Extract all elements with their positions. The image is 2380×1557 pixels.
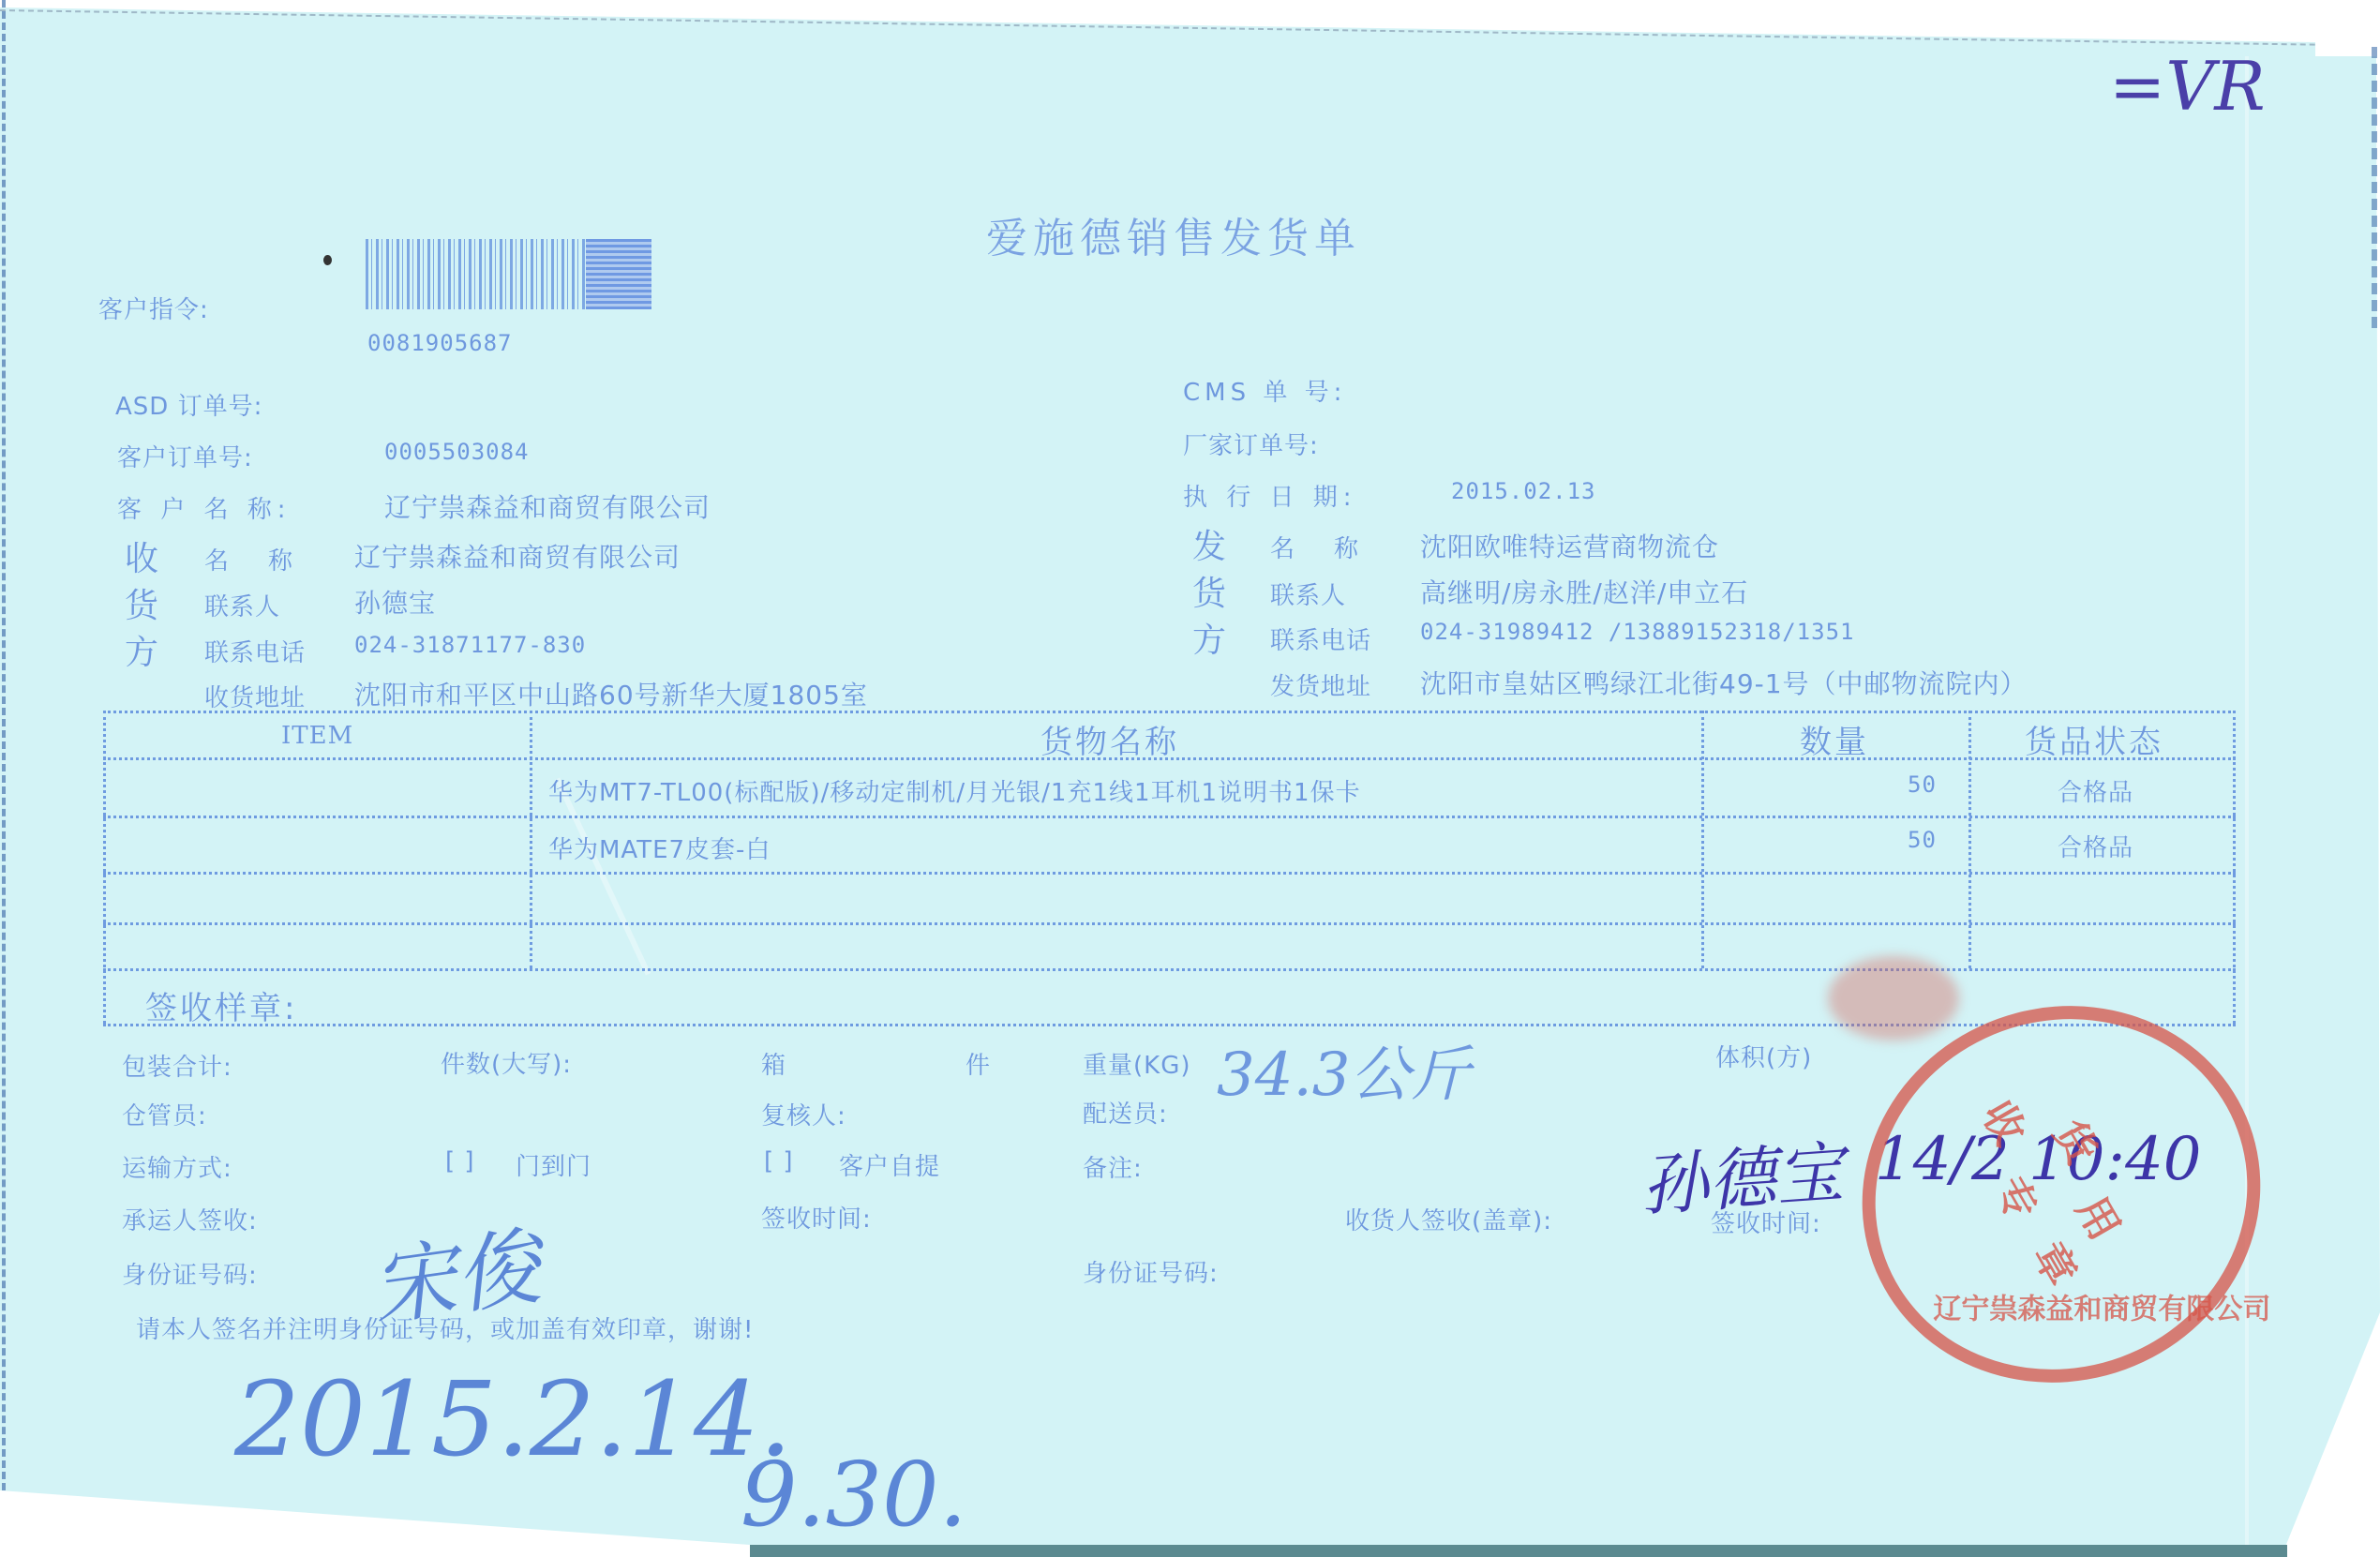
column-header-quantity: 数量: [1800, 716, 1869, 762]
receiver-contact-value: 孙德宝: [354, 583, 436, 621]
right-perforation: [2372, 47, 2377, 328]
factory-order-label: 厂家订单号:: [1183, 427, 1319, 461]
handwritten-date: 2015.2.14.: [234, 1359, 792, 1479]
ink-dot: [323, 255, 332, 265]
table-row-divider: [103, 872, 2236, 875]
table-col-divider: [530, 711, 532, 968]
package-total-label: 包装合计:: [122, 1048, 232, 1083]
row-status: 合格品: [2058, 773, 2133, 808]
row-status: 合格品: [2058, 829, 2133, 863]
column-header-item: ITEM: [281, 722, 353, 750]
handwritten-corner-note: =VR: [2109, 47, 2266, 126]
customer-order-label: 客户订单号:: [117, 439, 253, 473]
stamp-center-char: 收: [1970, 1088, 2043, 1154]
row-quantity: 50: [1908, 771, 1937, 798]
receiver-name-value: 辽宁祟森益和商贸有限公司: [354, 537, 681, 575]
stamp-center-char: 货: [2043, 1107, 2115, 1173]
receiver-side-char-2: 货: [125, 579, 159, 627]
row-goods-name: 华为MATE7皮套-白: [548, 831, 771, 865]
exec-date-label: 执 行 日 期:: [1183, 478, 1357, 513]
self-pickup-checkbox[interactable]: [ ]: [764, 1147, 794, 1175]
piece-label: 件: [965, 1046, 991, 1081]
barcode: [366, 239, 651, 309]
handwritten-time: 9.30.: [741, 1444, 967, 1547]
receiver-address-label: 收货地址: [204, 679, 306, 713]
row-quantity: 50: [1908, 827, 1937, 853]
asd-order-label: ASD 订单号:: [115, 387, 262, 422]
stamp-smudge: [1828, 956, 1959, 1040]
receiver-side-char-3: 方: [125, 626, 159, 674]
door-to-door-checkbox[interactable]: [ ]: [445, 1147, 475, 1175]
id-number-label-left: 身份证号码:: [122, 1256, 258, 1291]
sender-phone-label: 联系电话: [1270, 621, 1371, 656]
sender-side-char-2: 货: [1192, 567, 1227, 615]
id-number-label-right: 身份证号码:: [1083, 1254, 1219, 1289]
column-header-status: 货品状态: [2025, 716, 2163, 762]
left-perforation: [2, 0, 6, 1490]
table-border-top: [103, 711, 2236, 713]
customer-instruction-label: 客户指令:: [98, 291, 209, 325]
table-col-divider: [1701, 711, 1704, 968]
checker-label: 复核人:: [761, 1097, 846, 1131]
sender-side-char-1: 发: [1192, 520, 1227, 568]
self-pickup-label: 客户自提: [839, 1147, 940, 1182]
weight-handwritten: 34.3公斤: [1217, 1026, 1471, 1113]
customer-order-value: 0005503084: [384, 439, 530, 465]
sender-address-label: 发货地址: [1270, 667, 1371, 702]
sender-name-label: 名 称: [1270, 530, 1366, 564]
consignee-sign-label: 收货人签收(盖章):: [1345, 1202, 1552, 1236]
document-title: 爱施德销售发货单: [986, 204, 1361, 264]
receiver-address-value: 沈阳市和平区中山路60号新华大厦1805室: [354, 675, 868, 712]
row-goods-name: 华为MT7-TL00(标配版)/移动定制机/月光银/1充1线1耳机1说明书1保卡: [548, 773, 1361, 808]
sign-stamp-label: 签收样章:: [145, 982, 297, 1028]
table-border-left: [103, 711, 106, 1024]
receiver-phone-label: 联系电话: [204, 634, 306, 668]
carrier-sign-label: 承运人签收:: [122, 1202, 258, 1236]
volume-label: 体积(方): [1715, 1039, 1812, 1073]
stamp-center-char: 专: [1983, 1163, 2055, 1229]
remarks-label: 备注:: [1083, 1149, 1143, 1184]
warehouse-keeper-label: 仓管员:: [122, 1097, 207, 1131]
column-header-goods-name: 货物名称: [1040, 716, 1179, 762]
bottom-edge: [750, 1545, 2287, 1557]
weight-label: 重量(KG): [1083, 1046, 1191, 1081]
receiver-side-char-1: 收: [125, 532, 159, 580]
box-label: 箱: [761, 1046, 786, 1081]
sender-phone-value: 024-31989412 /13889152318/1351: [1420, 619, 1854, 645]
sender-name-value: 沈阳欧唯特运营商物流仓: [1420, 527, 1719, 564]
receiver-contact-label: 联系人: [204, 588, 280, 622]
table-col-divider: [1968, 711, 1971, 968]
receiver-phone-value: 024-31871177-830: [354, 632, 586, 658]
top-perforation: [0, 9, 2315, 46]
table-row-divider: [103, 922, 2236, 925]
sender-contact-value: 高继明/房永胜/赵洋/申立石: [1420, 573, 1748, 610]
transport-label: 运输方式:: [122, 1149, 232, 1184]
table-border-right: [2233, 711, 2236, 1024]
stamp-ring-text: 辽宁祟森益和商贸有限公司: [1933, 1285, 2270, 1326]
exec-date-value: 2015.02.13: [1451, 478, 1596, 504]
sign-time-label: 签收时间:: [761, 1200, 872, 1235]
sender-contact-label: 联系人: [1270, 576, 1346, 611]
sender-address-value: 沈阳市皇姑区鸭绿江北街49-1号（中邮物流院内）: [1420, 664, 2028, 701]
deliverer-label: 配送员:: [1083, 1095, 1168, 1130]
door-to-door-label: 门到门: [516, 1147, 591, 1182]
customer-instruction-number: 0081905687: [367, 330, 513, 356]
receiver-name-label: 名 称: [204, 542, 300, 576]
cms-label: CMS 单 号:: [1183, 373, 1346, 408]
customer-name-value: 辽宁祟森益和商贸有限公司: [384, 487, 711, 525]
carrier-signature: 宋俊: [363, 1198, 546, 1342]
customer-name-label: 客 户 名 称:: [117, 490, 292, 525]
pieces-label: 件数(大写):: [441, 1045, 572, 1080]
table-row-divider: [103, 816, 2236, 818]
sender-side-char-3: 方: [1192, 614, 1227, 662]
consignee-signature: 孙德宝: [1638, 1118, 1847, 1230]
